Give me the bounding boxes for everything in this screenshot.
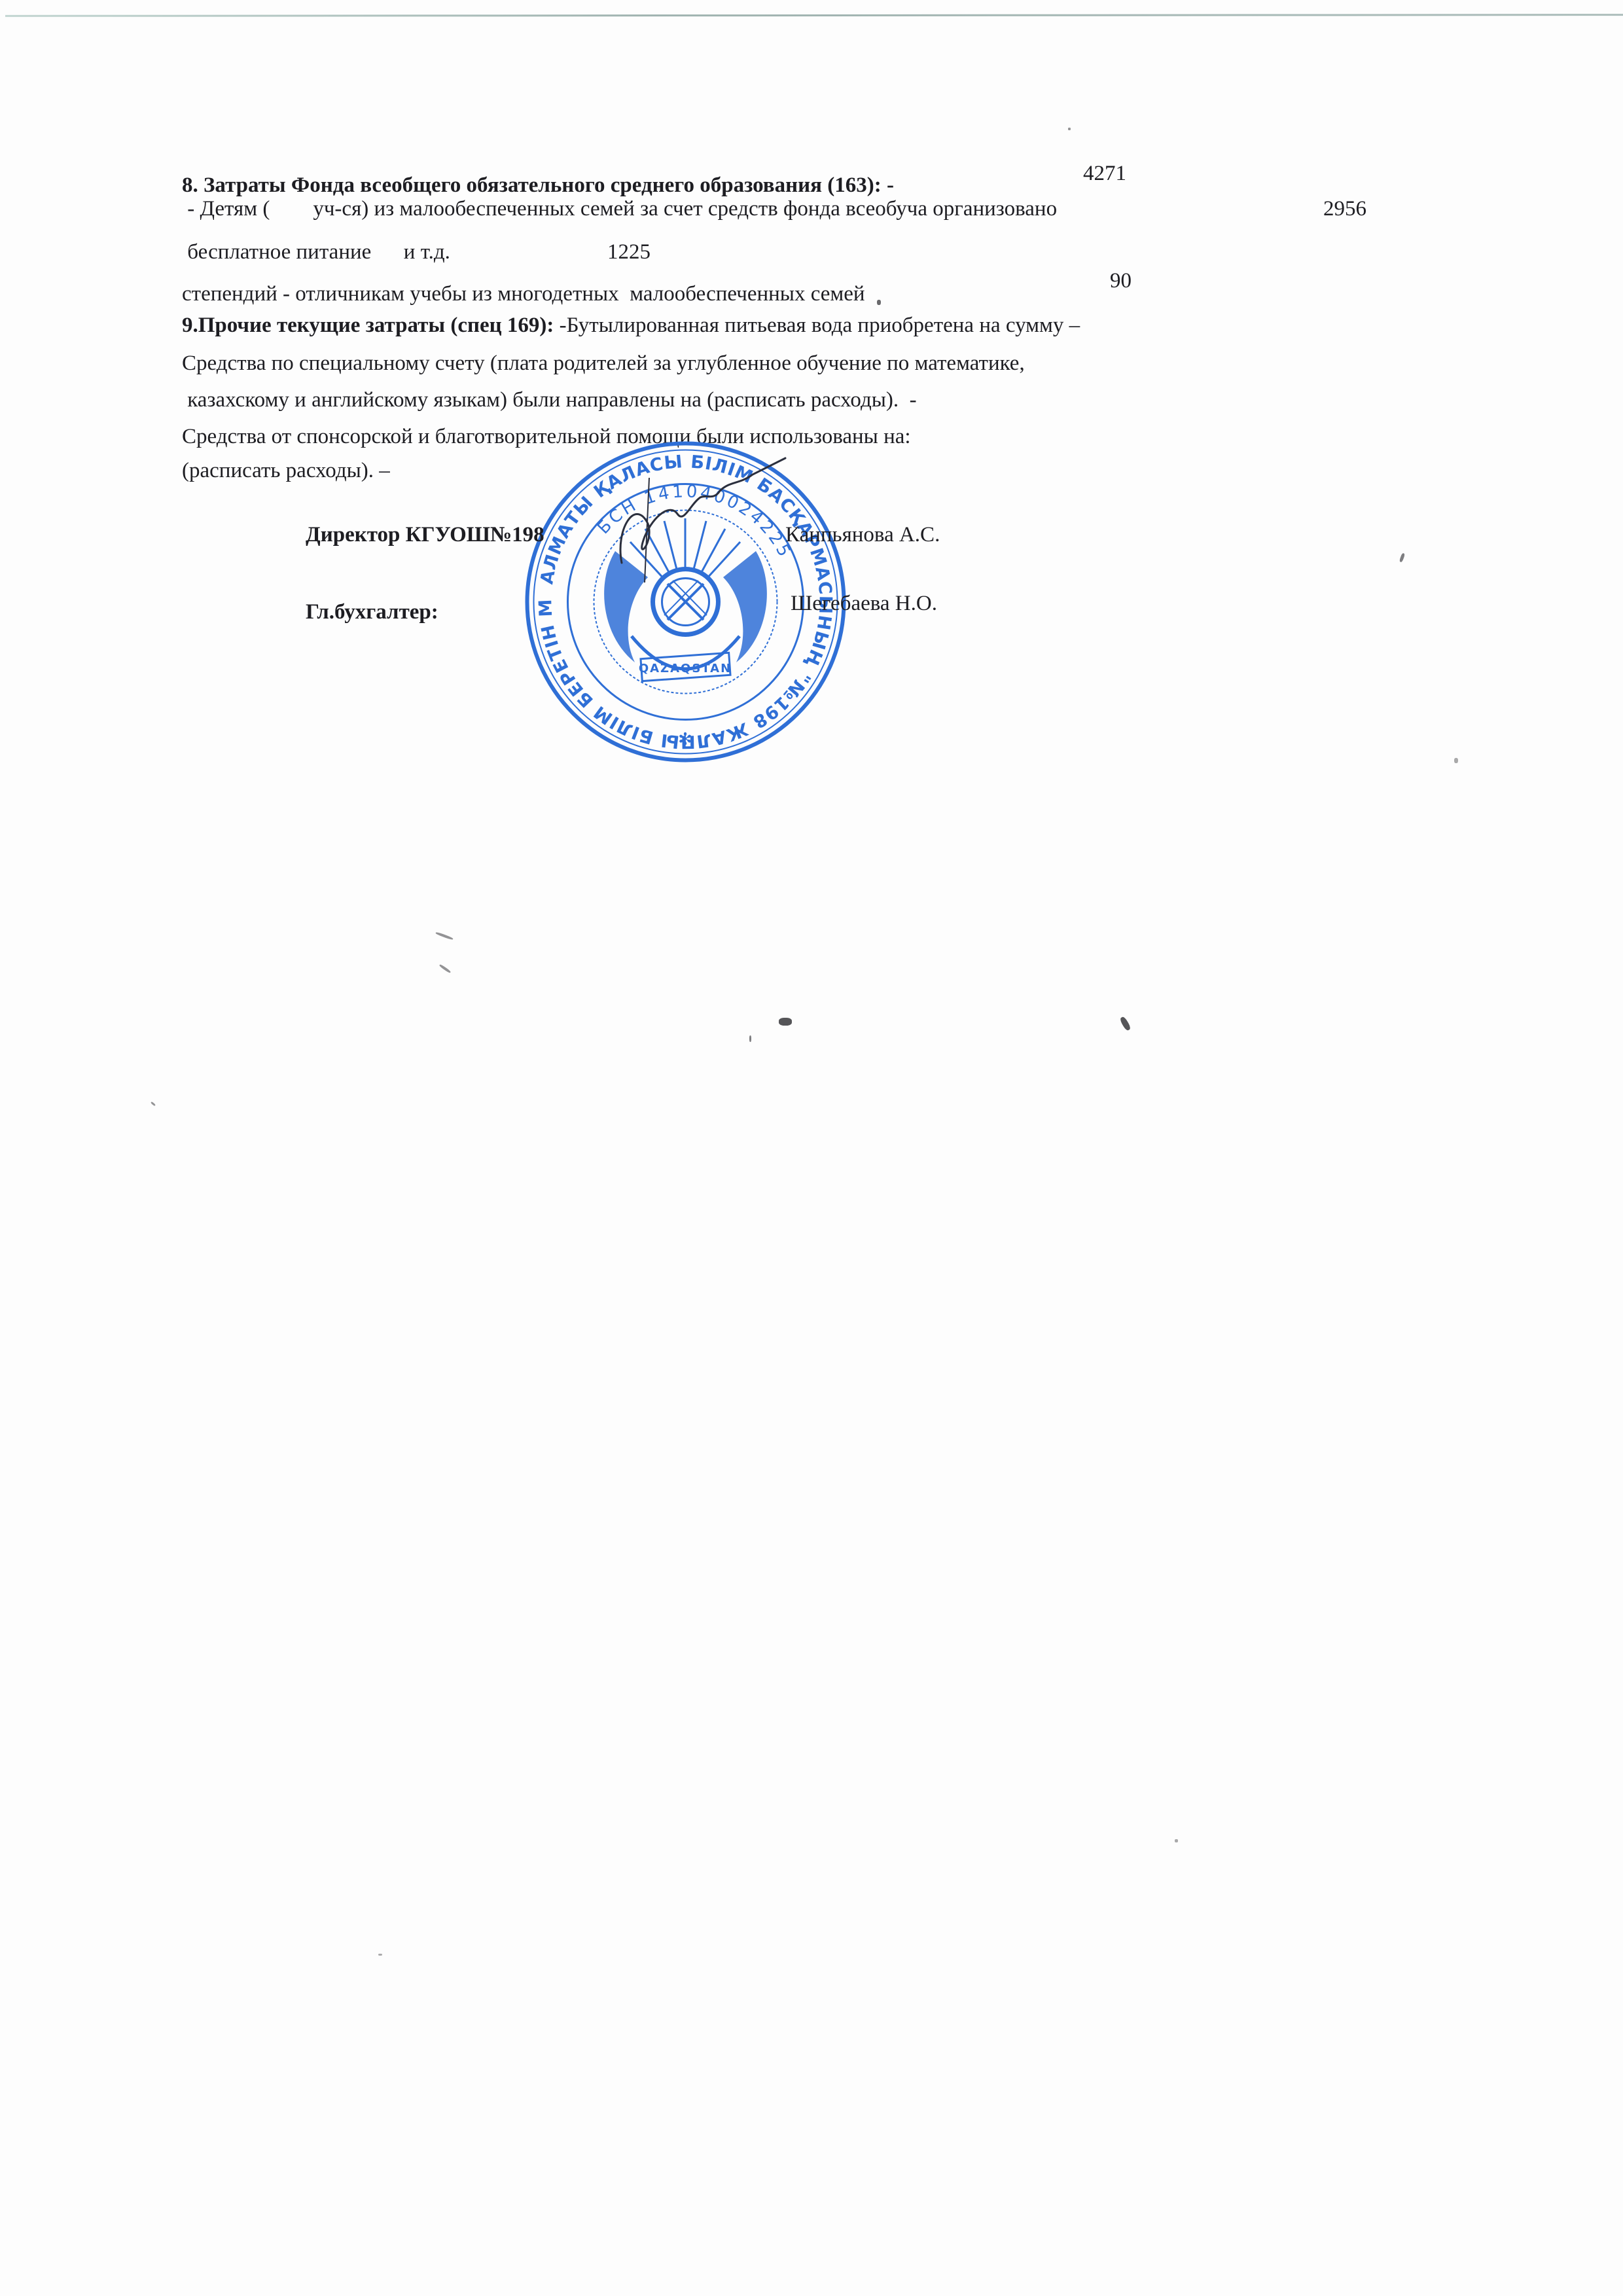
director-name: Канпьянова А.С. bbox=[785, 524, 940, 546]
director-signature bbox=[609, 452, 805, 583]
scan-speck bbox=[779, 1018, 792, 1026]
scan-speck bbox=[1175, 1839, 1178, 1842]
sponsor-line-2: (расписать расходы). – bbox=[182, 460, 390, 482]
section-8-line-stipends: степендий - отличникам учебы из многодет… bbox=[182, 283, 865, 305]
scan-speck bbox=[1454, 758, 1458, 763]
document-page: 8. Затраты Фонда всеобщего обязательного… bbox=[0, 0, 1623, 2296]
scan-speck bbox=[151, 1102, 156, 1106]
section-8-line-stipends-amount: 90 bbox=[1110, 270, 1132, 292]
scan-speck bbox=[877, 300, 881, 305]
scan-speck bbox=[1399, 553, 1405, 563]
section-9-heading: 9.Прочие текущие затраты (спец 169): -Бу… bbox=[182, 315, 1080, 336]
section-8-line-meals-amount: 1225 bbox=[607, 242, 651, 263]
special-account-line-1: Средства по специальному счету (плата ро… bbox=[182, 353, 1025, 374]
scan-speck bbox=[1068, 128, 1071, 130]
accountant-label: Гл.бухгалтер: bbox=[306, 601, 438, 623]
scan-speck bbox=[435, 931, 454, 940]
section-9-heading-bold: 9.Прочие текущие затраты (спец 169): bbox=[182, 314, 554, 337]
section-8-line-children: - Детям ( уч-ся) из малообеспеченных сем… bbox=[182, 198, 1057, 220]
scan-edge-line bbox=[5, 14, 1623, 17]
section-8-heading: 8. Затраты Фонда всеобщего обязательного… bbox=[182, 175, 894, 196]
section-8-line-meals: бесплатное питание и т.д. bbox=[182, 242, 450, 263]
scan-speck bbox=[439, 964, 452, 974]
stamp-star-icon: ✻ bbox=[678, 730, 692, 749]
section-8-line-children-amount: 2956 bbox=[1323, 198, 1366, 220]
director-label: Директор КГУОШ№198 bbox=[306, 524, 544, 546]
section-8-amount: 4271 bbox=[1083, 163, 1126, 185]
accountant-name: Шегебаева Н.О. bbox=[791, 593, 937, 615]
scan-speck bbox=[378, 1954, 382, 1956]
scan-speck bbox=[749, 1035, 751, 1042]
section-9-heading-rest: -Бутылированная питьевая вода приобретен… bbox=[554, 314, 1080, 337]
special-account-line-2: казахскому и английскому языкам) были на… bbox=[182, 389, 917, 411]
scan-speck bbox=[1119, 1016, 1132, 1031]
